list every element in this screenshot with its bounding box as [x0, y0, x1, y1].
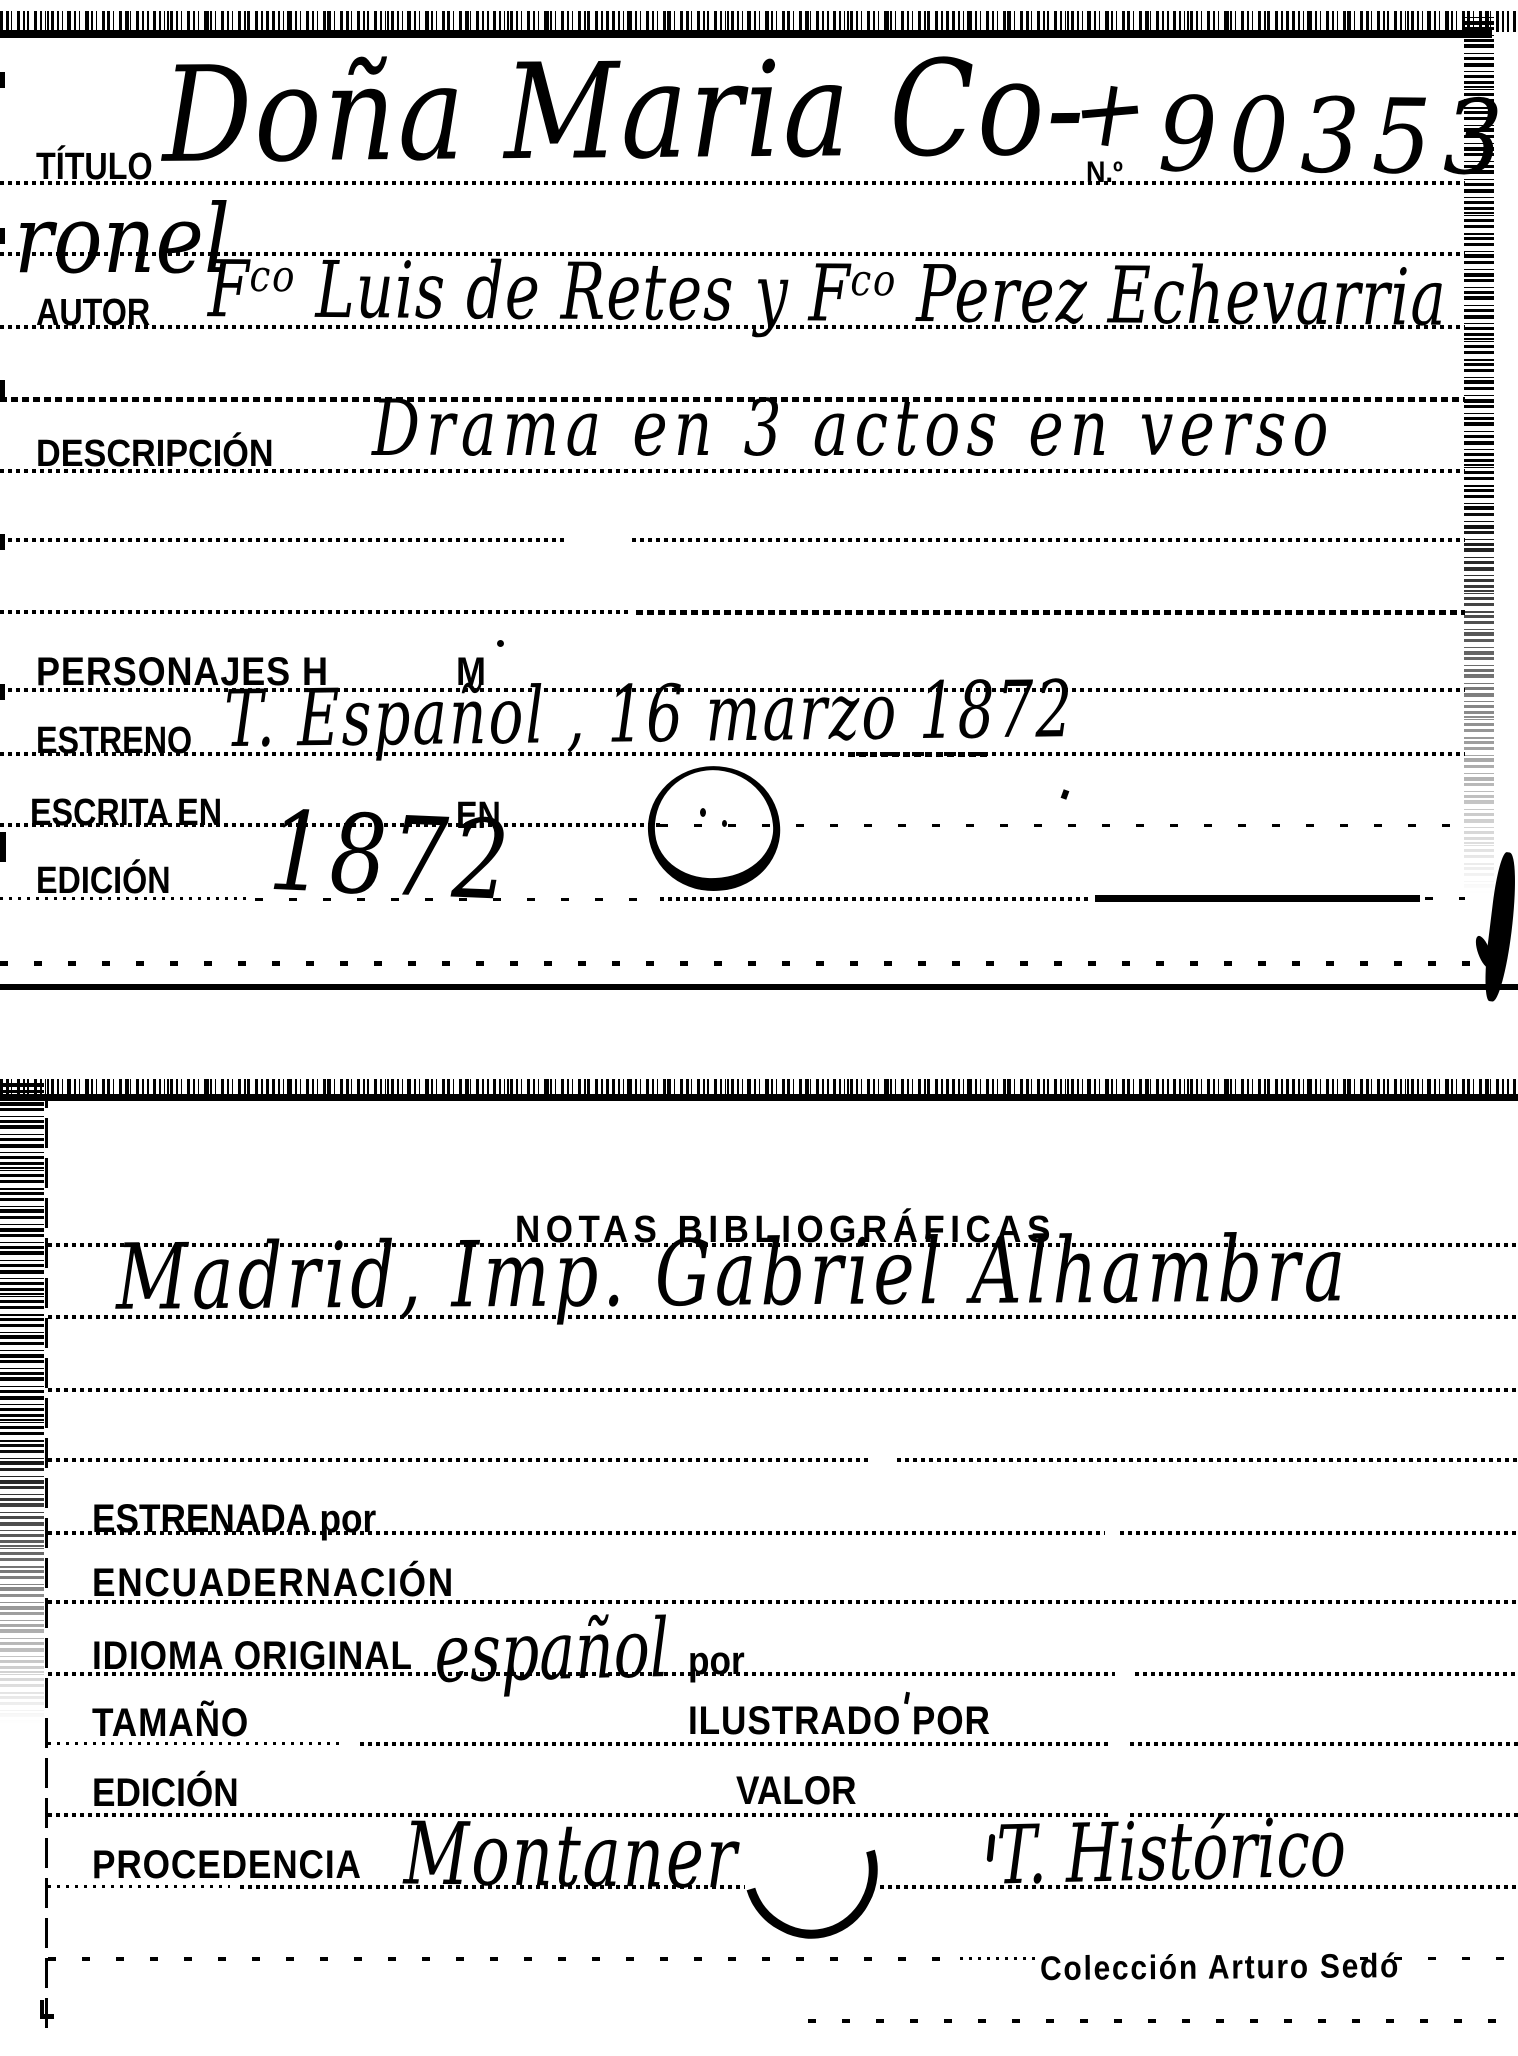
bottom-card-bottom-line: [808, 2019, 1518, 2023]
rule-line: [636, 610, 1465, 615]
autor-label: AUTOR: [36, 294, 150, 332]
rule-line: [48, 1458, 870, 1462]
collection-stamp-text: Colección Arturo Sedó: [1040, 1949, 1400, 1986]
stamp-interior-mark: [700, 808, 706, 817]
left-edge-tick: [0, 832, 6, 862]
idioma-original-label: IDIOMA ORIGINAL: [92, 1636, 413, 1676]
top-card-bottom-dashes: [0, 961, 1470, 966]
rule-line: [1425, 897, 1465, 900]
procedencia-handwriting-2: T. Histórico: [996, 1808, 1346, 1897]
catalog-card-scan: TÍTULO N.º AUTOR DESCRIPCIÓN PERSONAJES …: [0, 0, 1518, 2056]
left-edge-tick: [0, 534, 5, 550]
top-card-top-edge-texture: [0, 11, 1518, 32]
titulo-handwriting-line2: ronel: [14, 194, 230, 288]
idioma-handwriting: español: [434, 1608, 669, 1695]
estreno-handwriting: T. Español , 16 marzo 1872: [224, 670, 1075, 758]
rule-line: [632, 538, 1465, 542]
left-edge-tick: [0, 228, 5, 244]
edicion-handwriting: 1872: [267, 798, 515, 918]
titulo-label: TÍTULO: [36, 148, 153, 186]
bottom-card-corner-mark: [40, 2000, 44, 2019]
bottom-card-top-edge-line: [0, 1094, 1518, 1101]
stamp-interior-mark: [722, 820, 727, 827]
estrenada-label: ESTRENADA por: [92, 1499, 376, 1539]
tamano-label: TAMAÑO: [92, 1703, 249, 1743]
stamp-apostrophe-mark: [987, 1834, 996, 1862]
descripcion-handwriting: Drama en 3 actos en verso: [372, 390, 1334, 468]
encuadernacion-label: ENCUADERNACIÓN: [92, 1563, 455, 1603]
rule-line: [660, 824, 1465, 827]
edicion-label: EDICIÓN: [36, 862, 171, 900]
edicion-bottom-label: EDICIÓN: [92, 1773, 239, 1813]
small-ink-dot: [1061, 789, 1070, 800]
rule-line: [1095, 895, 1420, 902]
descripcion-label: DESCRIPCIÓN: [36, 435, 274, 473]
idioma-por-label: por: [688, 1641, 745, 1681]
rule-line: [897, 1458, 1518, 1462]
round-stamp-outline: [642, 759, 786, 897]
rule-line: [1135, 1672, 1518, 1676]
top-card-bottom-line: [0, 984, 1518, 990]
rule-line: [0, 610, 630, 614]
rule-line: [1130, 1742, 1518, 1746]
numero-handwriting: 90353: [1157, 84, 1515, 190]
rule-line: [1120, 1531, 1518, 1535]
left-edge-tick: [0, 684, 5, 700]
estreno-label: ESTRENO: [36, 722, 192, 760]
rule-line: [960, 1957, 1040, 1960]
escrita-en-label: ESCRITA EN: [30, 794, 222, 832]
rule-line: [0, 538, 565, 542]
autor-handwriting: Fᶜᵒ Luis de Retes y Fᶜᵒ Perez Echevarria: [208, 250, 1447, 337]
rule-line: [48, 1388, 1518, 1392]
left-edge-tick: [0, 380, 5, 398]
bottom-card-left-border: [45, 1100, 48, 2028]
procedencia-handwriting-1: Montaner: [403, 1812, 738, 1902]
titulo-handwriting: Doña Maria Co-: [162, 42, 1087, 182]
numero-label: N.º: [1086, 158, 1123, 188]
rule-line: [48, 1957, 948, 1961]
left-edge-tick: [0, 72, 5, 88]
ilustrado-por-label: ILUSTRADO POR: [688, 1701, 991, 1741]
dot-above-m: [497, 640, 504, 647]
bottom-card-left-edge-texture: [0, 1083, 44, 1723]
rule-line: [660, 897, 1090, 901]
notas-handwriting: Madrid, Imp. Gabriel Alhambra: [116, 1224, 1350, 1323]
procedencia-label: PROCEDENCIA: [92, 1845, 362, 1885]
